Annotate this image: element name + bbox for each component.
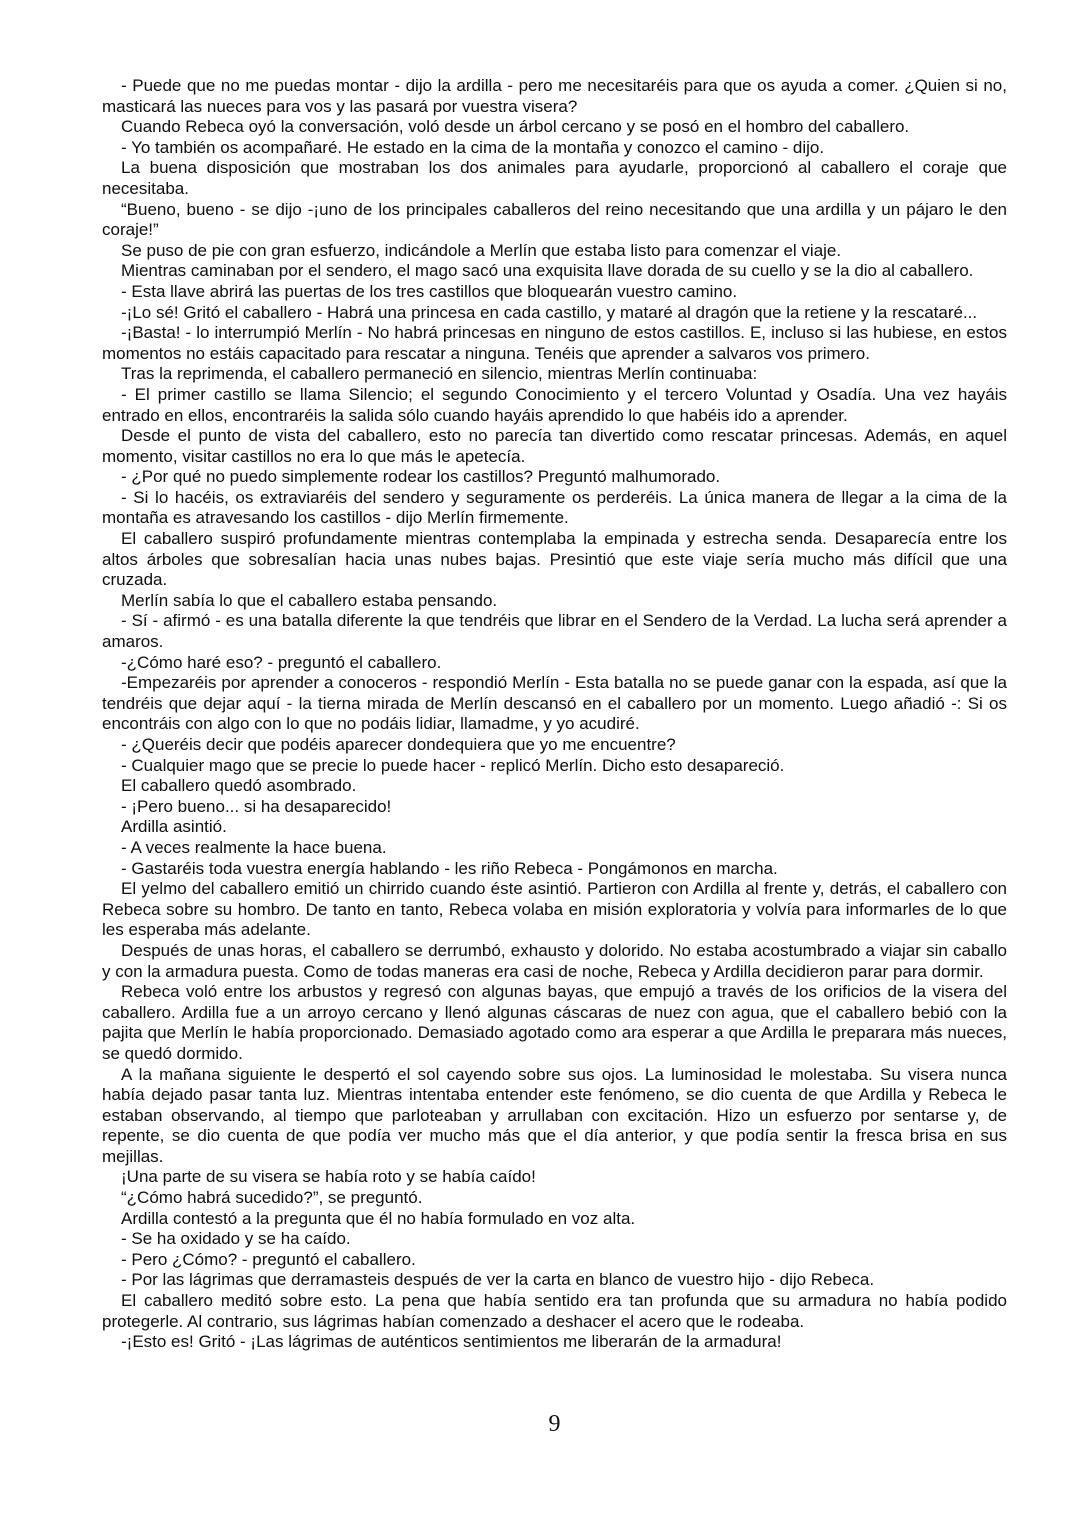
paragraph: ¡Una parte de su visera se había roto y … bbox=[102, 1167, 1007, 1188]
paragraph: - Por las lágrimas que derramasteis desp… bbox=[102, 1270, 1007, 1291]
paragraph: Cuando Rebeca oyó la conversación, voló … bbox=[102, 117, 1007, 138]
paragraph: - Se ha oxidado y se ha caído. bbox=[102, 1229, 1007, 1250]
paragraph: - Esta llave abrirá las puertas de los t… bbox=[102, 282, 1007, 303]
paragraph: - Yo también os acompañaré. He estado en… bbox=[102, 138, 1007, 159]
paragraph: - A veces realmente la hace buena. bbox=[102, 838, 1007, 859]
paragraph: El yelmo del caballero emitió un chirrid… bbox=[102, 879, 1007, 941]
paragraph: A la mañana siguiente le despertó el sol… bbox=[102, 1065, 1007, 1168]
paragraph: - El primer castillo se llama Silencio; … bbox=[102, 385, 1007, 426]
paragraph: - ¡Pero bueno... si ha desaparecido! bbox=[102, 797, 1007, 818]
paragraph: Tras la reprimenda, el caballero permane… bbox=[102, 364, 1007, 385]
paragraph: “Bueno, bueno - se dijo -¡uno de los pri… bbox=[102, 200, 1007, 241]
paragraph: - Pero ¿Cómo? - preguntó el caballero. bbox=[102, 1250, 1007, 1271]
paragraph: Ardilla contestó a la pregunta que él no… bbox=[102, 1209, 1007, 1230]
paragraph: La buena disposición que mostraban los d… bbox=[102, 158, 1007, 199]
paragraph: Rebeca voló entre los arbustos y regresó… bbox=[102, 982, 1007, 1064]
paragraph: Merlín sabía lo que el caballero estaba … bbox=[102, 591, 1007, 612]
paragraph: -¿Cómo haré eso? - preguntó el caballero… bbox=[102, 653, 1007, 674]
paragraph: - Sí - afirmó - es una batalla diferente… bbox=[102, 611, 1007, 652]
paragraph: -¡Esto es! Gritó - ¡Las lágrimas de auté… bbox=[102, 1332, 1007, 1353]
paragraph: - Gastaréis toda vuestra energía habland… bbox=[102, 859, 1007, 880]
document-page: - Puede que no me puedas montar - dijo l… bbox=[0, 0, 1080, 1528]
body-text: - Puede que no me puedas montar - dijo l… bbox=[102, 76, 1007, 1353]
paragraph: “¿Cómo habrá sucedido?”, se preguntó. bbox=[102, 1188, 1007, 1209]
paragraph: - Cualquier mago que se precie lo puede … bbox=[102, 756, 1007, 777]
paragraph: Después de unas horas, el caballero se d… bbox=[102, 941, 1007, 982]
page-number: 9 bbox=[102, 1411, 1007, 1437]
paragraph: -Empezaréis por aprender a conoceros - r… bbox=[102, 673, 1007, 735]
paragraph: El caballero quedó asombrado. bbox=[102, 776, 1007, 797]
paragraph: Mientras caminaban por el sendero, el ma… bbox=[102, 261, 1007, 282]
paragraph: - ¿Queréis decir que podéis aparecer don… bbox=[102, 735, 1007, 756]
paragraph: -¡Lo sé! Gritó el caballero - Habrá una … bbox=[102, 303, 1007, 324]
paragraph: Ardilla asintió. bbox=[102, 817, 1007, 838]
paragraph: Desde el punto de vista del caballero, e… bbox=[102, 426, 1007, 467]
paragraph: El caballero meditó sobre esto. La pena … bbox=[102, 1291, 1007, 1332]
paragraph: El caballero suspiró profundamente mient… bbox=[102, 529, 1007, 591]
paragraph: - Si lo hacéis, os extraviaréis del send… bbox=[102, 488, 1007, 529]
paragraph: - Puede que no me puedas montar - dijo l… bbox=[102, 76, 1007, 117]
paragraph: - ¿Por qué no puedo simplemente rodear l… bbox=[102, 467, 1007, 488]
paragraph: -¡Basta! - lo interrumpió Merlín - No ha… bbox=[102, 323, 1007, 364]
paragraph: Se puso de pie con gran esfuerzo, indicá… bbox=[102, 241, 1007, 262]
